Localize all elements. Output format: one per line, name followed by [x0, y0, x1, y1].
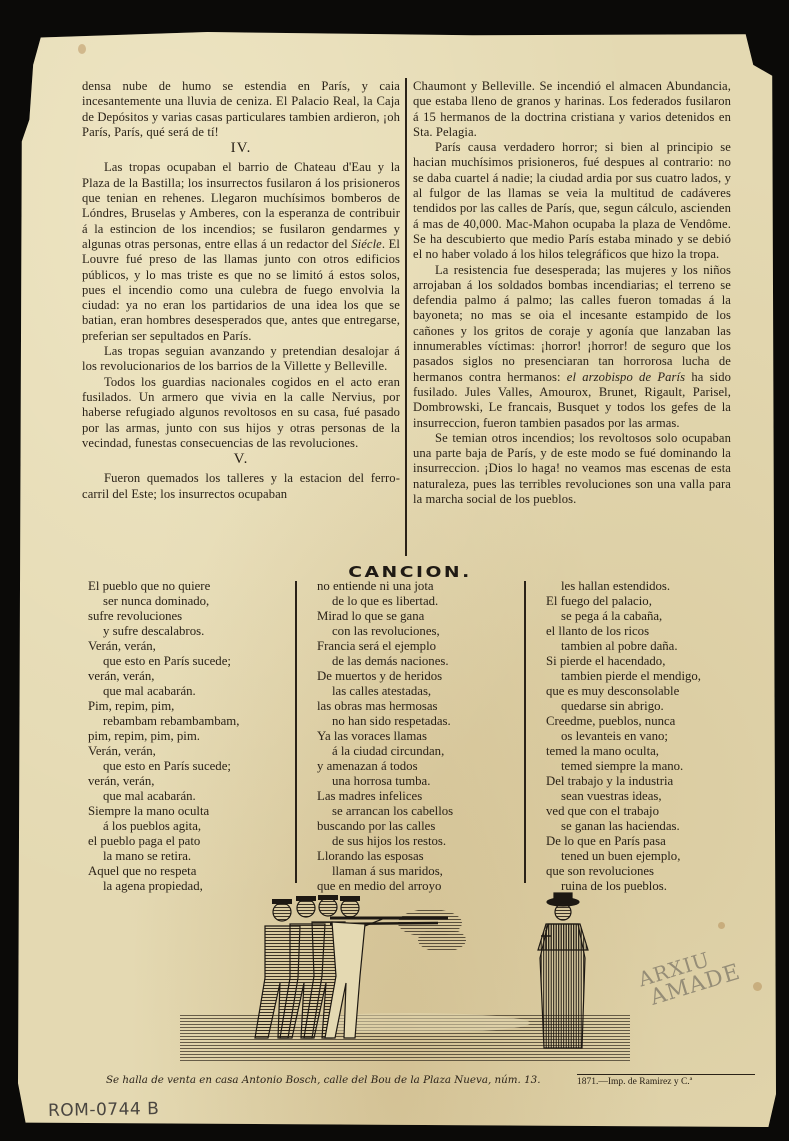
paragraph: París causa verdadero horror; si bien al…: [413, 140, 731, 262]
song-column-1: El pueblo que no quiereser nunca dominad…: [88, 579, 239, 894]
italic-phrase: el arzobispo de París: [567, 370, 685, 384]
paragraph: Chaumont y Belleville. Se incendió el al…: [413, 79, 731, 140]
verse-line: á los pueblos agita,: [88, 819, 239, 834]
text-run: La resistencia fue desesperada; las muje…: [413, 263, 731, 384]
verse-line: que mal acabarán.: [88, 684, 239, 699]
verse-line: El pueblo que no quiere: [88, 579, 239, 594]
verse-line: se ganan las haciendas.: [546, 819, 701, 834]
verse-line: De lo que en París pasa: [546, 834, 701, 849]
newspaper-name: Siécle: [351, 237, 382, 251]
verse-line: que esto en París sucede;: [88, 759, 239, 774]
verse-line: no entiende ni una jota: [317, 579, 453, 594]
verse-line: tambien al pobre daña.: [546, 639, 701, 654]
verse-line: Francia será el ejemplo: [317, 639, 453, 654]
section-heading-iv: IV.: [82, 141, 400, 156]
verse-line: y sufre descalabros.: [88, 624, 239, 639]
verse-line: Verán, verán,: [88, 639, 239, 654]
verse-line: quedarse sin abrigo.: [546, 699, 701, 714]
verse-line: temed siempre la mano.: [546, 759, 701, 774]
paragraph: Fueron quemados los talleres y la estaci…: [82, 471, 400, 502]
verse-line: se pega á la cabaña,: [546, 609, 701, 624]
verse-line: verán, verán,: [88, 774, 239, 789]
verse-line: no han sido respetadas.: [317, 714, 453, 729]
firing-squad-illustration: [180, 888, 630, 1066]
paragraph: Se temian otros incendios; los revoltoso…: [413, 431, 731, 507]
verse-line: Aquel que no respeta: [88, 864, 239, 879]
verse-line: el pueblo paga el pato: [88, 834, 239, 849]
verse-line: de lo que es libertad.: [317, 594, 453, 609]
verse-line: con las revoluciones,: [317, 624, 453, 639]
verse-line: una horrosa tumba.: [317, 774, 453, 789]
verse-line: Siempre la mano oculta: [88, 804, 239, 819]
verse-line: las calles atestadas,: [317, 684, 453, 699]
verse-line: verán, verán,: [88, 669, 239, 684]
column-divider: [295, 581, 297, 883]
verse-line: á la ciudad circundan,: [317, 744, 453, 759]
imprint-line: Se halla de venta en casa Antonio Bosch,…: [106, 1074, 540, 1086]
song-column-3: les hallan estendidos.El fuego del palac…: [546, 579, 701, 894]
verse-line: rebambam rebambambam,: [88, 714, 239, 729]
verse-line: Creedme, pueblos, nunca: [546, 714, 701, 729]
foxing-spot: [78, 44, 86, 54]
verse-line: se arrancan los cabellos: [317, 804, 453, 819]
paragraph: densa nube de humo se estendia en París,…: [82, 79, 400, 140]
verse-line: llaman á sus maridos,: [317, 864, 453, 879]
song-column-2: no entiende ni una jotade lo que es libe…: [317, 579, 453, 894]
verse-line: la mano se retira.: [88, 849, 239, 864]
verse-line: Del trabajo y la industria: [546, 774, 701, 789]
prose-right-column: Chaumont y Belleville. Se incendió el al…: [413, 79, 731, 507]
verse-line: ved que con el trabajo: [546, 804, 701, 819]
verse-line: de sus hijos los restos.: [317, 834, 453, 849]
verse-line: temed la mano oculta,: [546, 744, 701, 759]
section-heading-v: V.: [82, 452, 400, 467]
verse-line: Pim, repim, pim,: [88, 699, 239, 714]
verse-line: sean vuestras ideas,: [546, 789, 701, 804]
printer-line: 1871.—Imp. de Ramirez y C.ª: [577, 1074, 755, 1087]
paragraph: La resistencia fue desesperada; las muje…: [413, 263, 731, 431]
paragraph: Todos los guardias nacionales cogidos en…: [82, 375, 400, 451]
verse-line: buscando por las calles: [317, 819, 453, 834]
call-number: ROM-0744 B: [48, 1099, 160, 1121]
verse-line: Si pierde el hacendado,: [546, 654, 701, 669]
verse-line: las obras mas hermosas: [317, 699, 453, 714]
verse-line: y amenazan á todos: [317, 759, 453, 774]
column-divider: [524, 581, 526, 883]
paragraph: Las tropas seguian avanzando y pretendia…: [82, 344, 400, 375]
verse-line: Mirad lo que se gana: [317, 609, 453, 624]
verse-line: que esto en París sucede;: [88, 654, 239, 669]
prose-left-column: densa nube de humo se estendia en París,…: [82, 79, 400, 502]
verse-line: sufre revoluciones: [88, 609, 239, 624]
verse-line: de las demás naciones.: [317, 654, 453, 669]
column-divider: [405, 78, 407, 556]
verse-line: que son revoluciones: [546, 864, 701, 879]
foxing-spot: [753, 982, 762, 991]
verse-line: El fuego del palacio,: [546, 594, 701, 609]
verse-line: que mal acabarán.: [88, 789, 239, 804]
verse-line: ser nunca dominado,: [88, 594, 239, 609]
verse-line: De muertos y de heridos: [317, 669, 453, 684]
verse-line: pim, repim, pim, pim.: [88, 729, 239, 744]
paragraph: Las tropas ocupaban el barrio de Chateau…: [82, 160, 400, 344]
verse-line: Verán, verán,: [88, 744, 239, 759]
woodcut-engraving-icon: [180, 888, 630, 1066]
text-run: . El Louvre fué preso de las llamas junt…: [82, 237, 400, 343]
verse-line: tambien pierde el mendigo,: [546, 669, 701, 684]
verse-line: el llanto de los ricos: [546, 624, 701, 639]
verse-line: os levanteis en vano;: [546, 729, 701, 744]
verse-line: tened un buen ejemplo,: [546, 849, 701, 864]
verse-line: Las madres infelices: [317, 789, 453, 804]
verse-line: les hallan estendidos.: [546, 579, 701, 594]
verse-line: Llorando las esposas: [317, 849, 453, 864]
foxing-spot: [718, 922, 725, 929]
verse-line: que es muy desconsolable: [546, 684, 701, 699]
verse-line: Ya las voraces llamas: [317, 729, 453, 744]
